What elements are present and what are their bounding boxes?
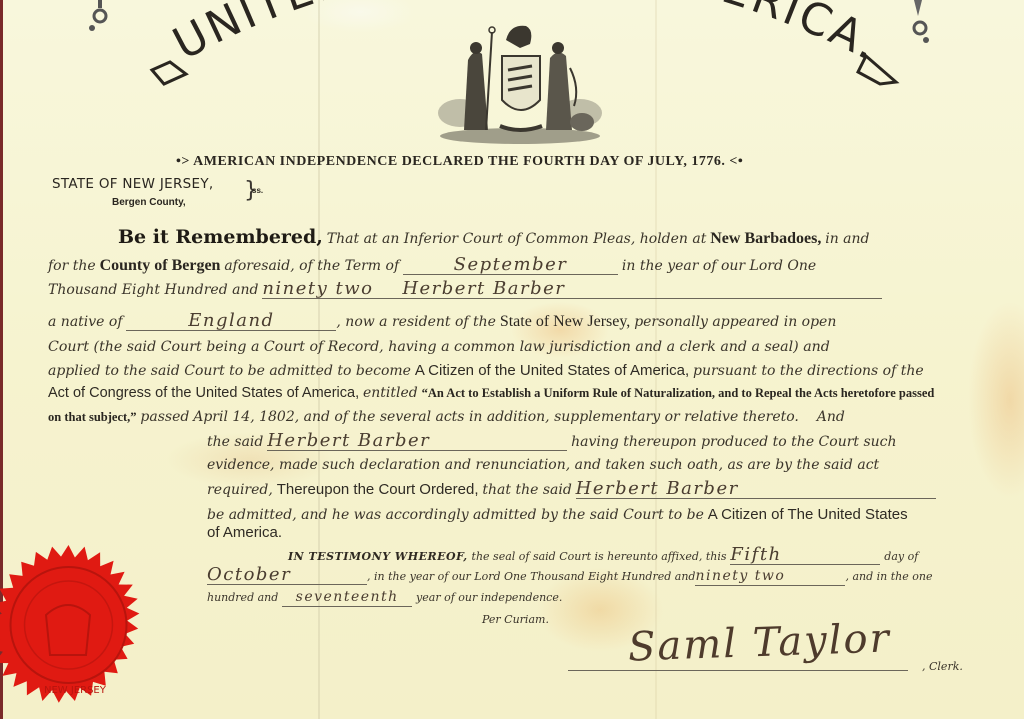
body-line-5: Court (the said Court being a Court of R… (48, 338, 830, 356)
testimony-line-3: hundred and seventeenth year of our inde… (207, 588, 562, 607)
corner-ornament-icon (86, 0, 110, 34)
year-field: ninety two (695, 567, 845, 586)
clerk-title: , Clerk. (922, 660, 963, 673)
signature-line (568, 670, 908, 671)
testimony-line-2: October, in the year of our Lord One Tho… (207, 566, 932, 586)
venue-state: STATE OF NEW JERSEY, (52, 176, 214, 192)
body-line-6: applied to the said Court to be admitted… (48, 362, 924, 380)
coat-of-arms-icon (430, 18, 610, 148)
court-place: New Barbadoes, (710, 230, 821, 247)
red-seal-icon: NEW JERSEY (0, 545, 151, 710)
applicant-name-field: Herbert Barber (576, 480, 936, 499)
body-line-8: on that subject,” passed April 14, 1802,… (48, 408, 845, 426)
venue-ss: ss. (252, 186, 263, 195)
motto-text: AMERICAN INDEPENDENCE DECLARED THE FOURT… (193, 154, 725, 169)
body-line-10: evidence, made such declaration and renu… (207, 456, 879, 474)
body-line-3: Thousand Eight Hundred and ninety twoHer… (48, 280, 882, 299)
body-line-2: for the County of Bergen aforesaid, of t… (48, 256, 816, 275)
applicant-name-field: Herbert Barber (402, 280, 882, 299)
body-line-11: required, Thereupon the Court Ordered, t… (207, 480, 936, 499)
corner-ornament-icon (908, 0, 932, 46)
body-line-7: Act of Congress of the United States of … (48, 384, 934, 402)
body-line-9: the said Herbert Barber having thereupon… (207, 432, 897, 451)
month-field: October (207, 566, 367, 585)
body-line-13: of America. (207, 524, 282, 542)
body-line-1: Be it Remembered, That at an Inferior Co… (118, 226, 870, 248)
year-field: ninety two (262, 280, 402, 299)
be-it-remembered: Be it Remembered, (118, 226, 323, 248)
venue-county: Bergen County, (112, 197, 186, 208)
native-country-field: England (126, 312, 336, 331)
testimony-line-1: IN TESTIMONY WHEREOF, the seal of said C… (288, 546, 918, 565)
term-field: September (403, 256, 618, 275)
seal-text: NEW JERSEY (44, 685, 107, 696)
clerk-signature: Saml Taylor (627, 615, 891, 670)
independence-year-field: seventeenth (282, 588, 412, 607)
motto-line: •> AMERICAN INDEPENDENCE DECLARED THE FO… (176, 154, 856, 170)
applicant-name-field: Herbert Barber (267, 432, 567, 451)
body-line-12: be admitted, and he was accordingly admi… (207, 506, 908, 524)
act-title: “An Act to Establish a Uniform Rule of N… (422, 386, 935, 400)
day-field: Fifth (730, 546, 880, 565)
body-line-4: a native of England, now a resident of t… (48, 312, 836, 331)
per-curiam: Per Curiam. (482, 610, 549, 628)
